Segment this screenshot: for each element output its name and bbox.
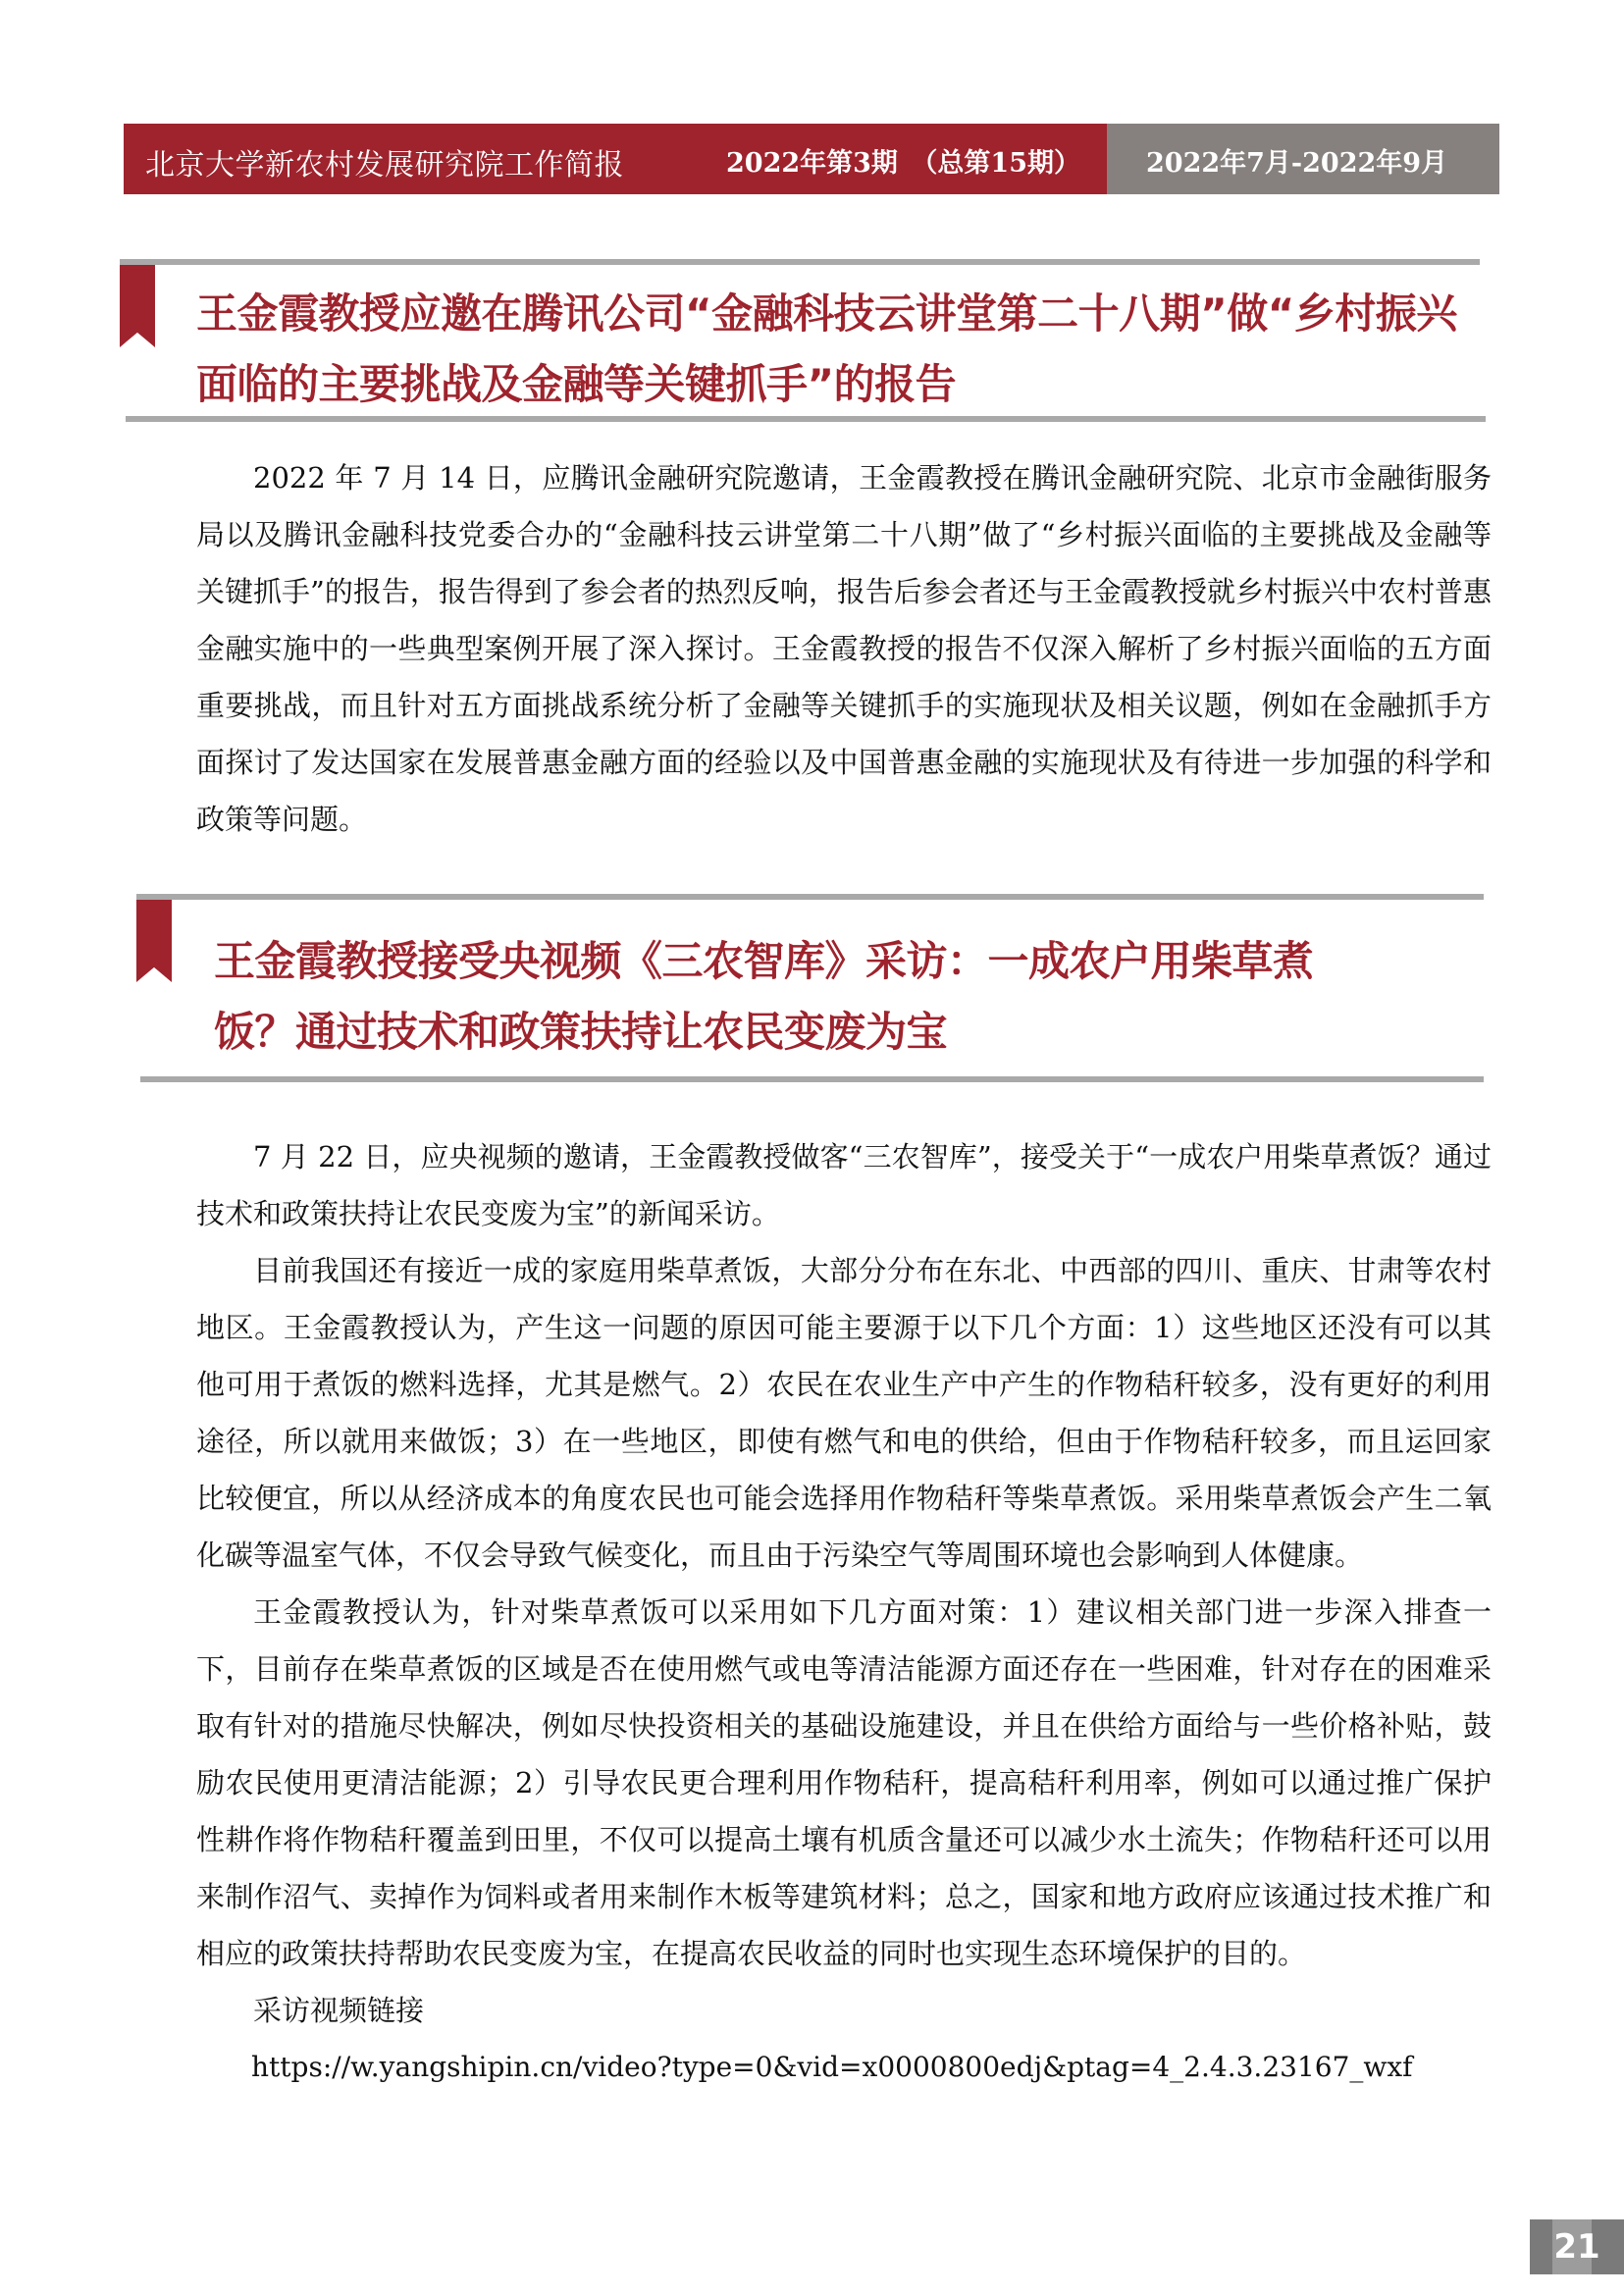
section-1-top-rule	[120, 259, 1480, 265]
issue-period: 2022年7月-2022年9月	[1146, 141, 1447, 180]
section-1-body: 2022 年 7 月 14 日，应腾讯金融研究院邀请，王金霞教授在腾讯金融研究院…	[196, 449, 1492, 848]
publication-title: 北京大学新农村发展研究院工作简报	[145, 140, 624, 183]
section-2-bottom-rule	[140, 1076, 1484, 1082]
page-number: 21	[1530, 2227, 1624, 2267]
paragraph: 7 月 22 日，应央视频的邀请，王金霞教授做客“三农智库”，接受关于“一成农户…	[196, 1128, 1492, 1242]
paragraph: 王金霞教授认为，针对柴草煮饭可以采用如下几方面对策：1）建议相关部门进一步深入排…	[196, 1584, 1492, 1982]
paragraph: 目前我国还有接近一成的家庭用柴草煮饭，大部分分布在东北、中西部的四川、重庆、甘肃…	[196, 1242, 1492, 1584]
bookmark-ribbon-icon	[120, 265, 155, 347]
section-2-title-line-2: 饭？通过技术和政策扶持让农民变废为宝	[214, 997, 947, 1068]
header-red-block: 北京大学新农村发展研究院工作简报 2022年第3期 （总第15期）	[124, 124, 1107, 194]
section-2-body: 7 月 22 日，应央视频的邀请，王金霞教授做客“三农智库”，接受关于“一成农户…	[196, 1128, 1492, 2096]
section-1-bottom-rule	[126, 416, 1486, 422]
section-1-title-line-2: 面临的主要挑战及金融等关键抓手”的报告	[196, 349, 956, 420]
header-grey-block: 2022年7月-2022年9月	[1107, 124, 1499, 194]
page-number-badge: 21	[1530, 2219, 1624, 2274]
section-2-top-rule	[136, 894, 1484, 900]
video-link-url[interactable]: https://w.yangshipin.cn/video?type=0&vid…	[196, 2039, 1492, 2096]
paragraph: 2022 年 7 月 14 日，应腾讯金融研究院邀请，王金霞教授在腾讯金融研究院…	[196, 449, 1492, 848]
report-header-bar: 北京大学新农村发展研究院工作简报 2022年第3期 （总第15期） 2022年7…	[124, 124, 1499, 194]
section-1-title-line-1: 王金霞教授应邀在腾讯公司“金融科技云讲堂第二十八期”做“乡村振兴	[196, 279, 1457, 349]
video-link-label: 采访视频链接	[196, 1982, 1492, 2039]
section-2-title-line-1: 王金霞教授接受央视频《三农智库》采访：一成农户用柴草煮	[214, 926, 1314, 997]
bookmark-ribbon-icon	[136, 900, 172, 982]
issue-number: 2022年第3期 （总第15期）	[726, 141, 1080, 180]
